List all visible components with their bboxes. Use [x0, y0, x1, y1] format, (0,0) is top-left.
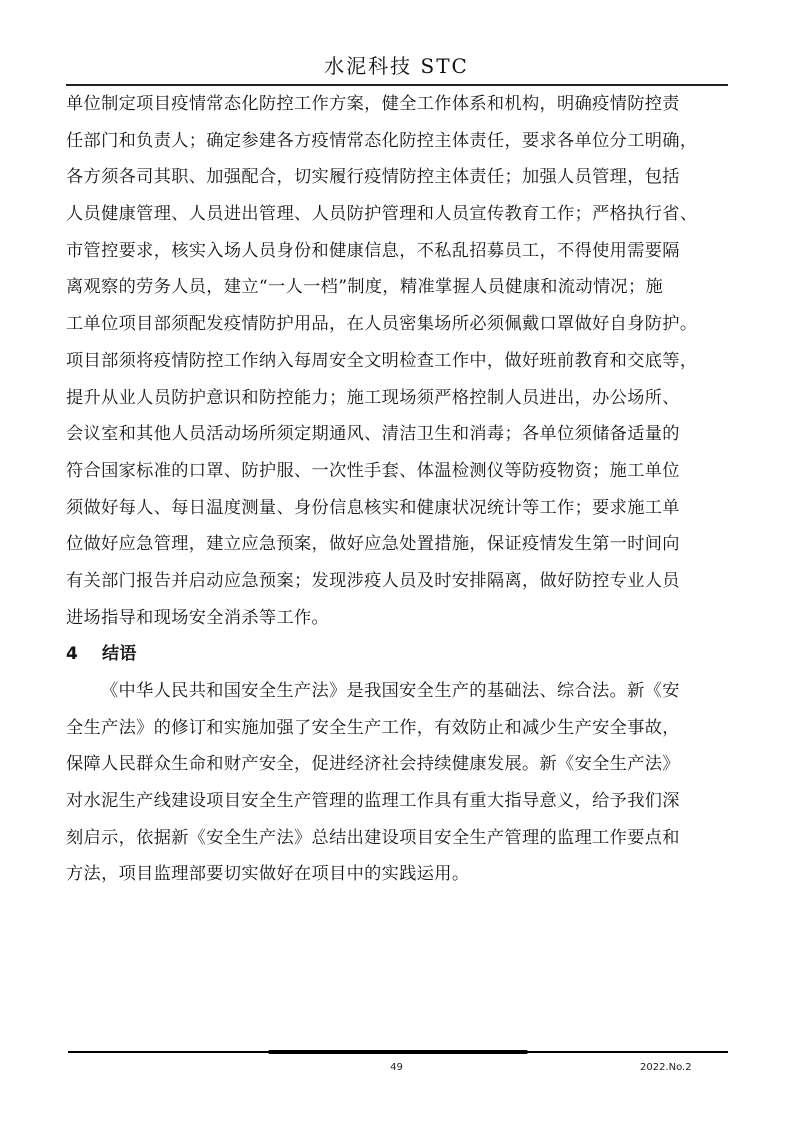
text-line: 会议室和其他人员活动场所须定期通风、清洁卫生和消毒；各单位须储备适量的	[66, 416, 730, 453]
text-line: 人员健康管理、人员进出管理、人员防护管理和人员宣传教育工作；严格执行省、	[66, 196, 730, 233]
text-line: 进场指导和现场安全消杀等工作。	[66, 600, 730, 637]
text-line: 工单位项目部须配发疫情防护用品，在人员密集场所必须佩戴口罩做好自身防护。	[66, 306, 730, 343]
section-heading: 4结语	[66, 636, 730, 673]
text-line: 项目部须将疫情防控工作纳入每周安全文明检查工作中，做好班前教育和交底等，	[66, 343, 730, 380]
text-line: 符合国家标准的口罩、防护服、一次性手套、体温检测仪等防疫物资；施工单位	[66, 453, 730, 490]
text-line: 提升从业人员防护意识和防控能力；施工现场须严格控制人员进出，办公场所、	[66, 380, 730, 417]
text-line: 全生产法》的修订和实施加强了安全生产工作，有效防止和减少生产安全事故，	[66, 710, 730, 747]
article-body: 单位制定项目疫情常态化防控工作方案，健全工作体系和机构，明确疫情防控责 任部门和…	[66, 86, 730, 893]
text-line: 离观察的劳务人员，建立“一人一档”制度，精准掌握人员健康和流动情况；施	[66, 269, 730, 306]
section-number: 4	[66, 636, 102, 673]
text-line: 任部门和负责人；确定参建各方疫情常态化防控主体责任，要求各单位分工明确，	[66, 123, 730, 160]
text-line: 位做好应急管理，建立应急预案，做好应急处置措施，保证疫情发生第一时间向	[66, 526, 730, 563]
paragraph-conclusion: 《中华人民共和国安全生产法》是我国安全生产的基础法、综合法。新《安 全生产法》的…	[66, 673, 730, 893]
text-line: 市管控要求，核实入场人员身份和健康信息，不私乱招募员工，不得使用需要隔	[66, 233, 730, 270]
footer-rule	[68, 1051, 728, 1053]
section-title: 结语	[102, 644, 137, 664]
text-line: 须做好每人、每日温度测量、身份信息核实和健康状况统计等工作；要求施工单	[66, 490, 730, 527]
text-line: 各方须各司其职、加强配合，切实履行疫情防控主体责任；加强人员管理，包括	[66, 159, 730, 196]
text-line: 有关部门报告并启动应急预案；发现涉疫人员及时安排隔离，做好防控专业人员	[66, 563, 730, 600]
text-line: 对水泥生产线建设项目安全生产管理的监理工作具有重大指导意义，给予我们深	[66, 783, 730, 820]
text-line: 《中华人民共和国安全生产法》是我国安全生产的基础法、综合法。新《安	[66, 673, 730, 710]
text-line: 单位制定项目疫情常态化防控工作方案，健全工作体系和机构，明确疫情防控责	[66, 86, 730, 123]
text-line: 保障人民群众生命和财产安全，促进经济社会持续健康发展。新《安全生产法》	[66, 746, 730, 783]
text-line: 刻启示，依据新《安全生产法》总结出建设项目安全生产管理的监理工作要点和	[66, 820, 730, 857]
paragraph-covid-prevention: 单位制定项目疫情常态化防控工作方案，健全工作体系和机构，明确疫情防控责 任部门和…	[66, 86, 730, 636]
text-line: 方法，项目监理部要切实做好在项目中的实践运用。	[66, 856, 730, 893]
issue-label: 2022.No.2	[640, 1062, 692, 1073]
journal-header-title: 水泥科技 STC	[0, 50, 793, 79]
